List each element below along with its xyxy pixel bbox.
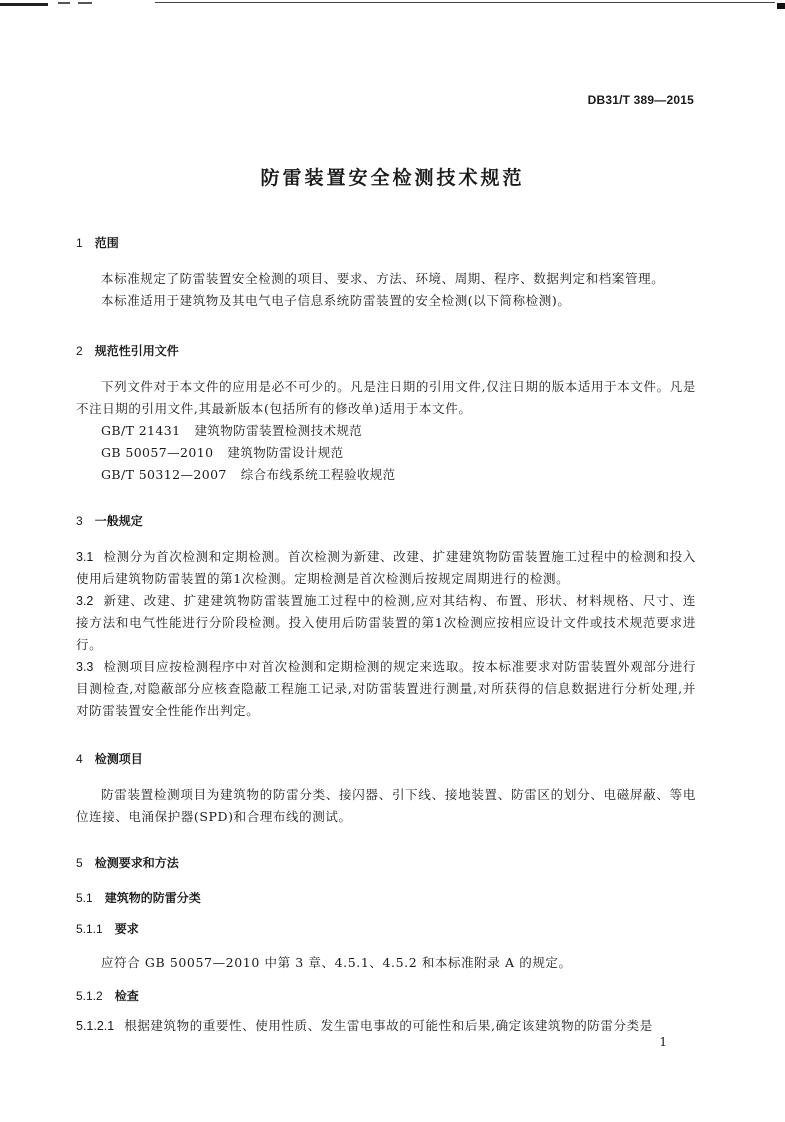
clause-number: 3.2 bbox=[76, 594, 93, 608]
subsection-number: 5.1.2 bbox=[76, 989, 103, 1003]
section-title: 范围 bbox=[95, 236, 119, 250]
section-2: 2规范性引用文件 bbox=[76, 340, 696, 362]
section-title: 一般规定 bbox=[95, 514, 143, 528]
clause-3-2: 3.2新建、改建、扩建建筑物防雷装置施工过程中的检测,应对其结构、布置、形状、材… bbox=[76, 590, 696, 656]
scan-corner-mark bbox=[777, 3, 785, 9]
paragraph: 本标准规定了防雷装置安全检测的项目、要求、方法、环境、周期、程序、数据判定和档案… bbox=[76, 268, 696, 290]
subsection-title: 检查 bbox=[115, 989, 139, 1003]
clause-5-1-2-1: 5.1.2.1根据建筑物的重要性、使用性质、发生雷电事故的可能性和后果,确定该建… bbox=[76, 1015, 696, 1037]
standard-number: DB31/T 389—2015 bbox=[588, 93, 694, 107]
subsection-heading: 5.1建筑物的防雷分类 bbox=[76, 887, 696, 909]
reference-code: GB 50057—2010 bbox=[101, 445, 213, 460]
scan-edge-artifact bbox=[0, 0, 785, 8]
section-4-body: 防雷装置检测项目为建筑物的防雷分类、接闪器、引下线、接地装置、防雷区的划分、电磁… bbox=[76, 784, 696, 828]
subsection-number: 5.1.1 bbox=[76, 922, 103, 936]
section-1: 1范围 bbox=[76, 232, 696, 254]
document-title: 防雷装置安全检测技术规范 bbox=[0, 163, 785, 190]
section-heading: 1范围 bbox=[76, 232, 696, 254]
clause-text: 新建、改建、扩建建筑物防雷装置施工过程中的检测,应对其结构、布置、形状、材料规格… bbox=[76, 593, 696, 652]
reference-item: GB/T 21431建筑物防雷装置检测技术规范 bbox=[76, 420, 696, 442]
subsection-heading: 5.1.2检查 bbox=[76, 985, 696, 1007]
section-1-body: 本标准规定了防雷装置安全检测的项目、要求、方法、环境、周期、程序、数据判定和档案… bbox=[76, 268, 696, 312]
section-number: 4 bbox=[76, 752, 83, 766]
clause-number: 5.1.2.1 bbox=[76, 1019, 114, 1033]
section-number: 1 bbox=[76, 236, 83, 250]
paragraph: 本标准适用于建筑物及其电气电子信息系统防雷装置的安全检测(以下简称检测)。 bbox=[76, 290, 696, 312]
clause-text: 根据建筑物的重要性、使用性质、发生雷电事故的可能性和后果,确定该建筑物的防雷分类… bbox=[124, 1018, 653, 1033]
subsection-5-1-1: 5.1.1要求 bbox=[76, 918, 696, 940]
section-title: 检测要求和方法 bbox=[95, 856, 179, 870]
section-number: 2 bbox=[76, 344, 83, 358]
reference-name: 综合布线系统工程验收规范 bbox=[241, 467, 396, 482]
section-number: 3 bbox=[76, 514, 83, 528]
paragraph: 应符合 GB 50057—2010 中第 3 章、4.5.1、4.5.2 和本标… bbox=[76, 952, 696, 974]
subsection-title: 建筑物的防雷分类 bbox=[105, 891, 201, 905]
subsection-heading: 5.1.1要求 bbox=[76, 918, 696, 940]
section-number: 5 bbox=[76, 856, 83, 870]
scan-edge-mark bbox=[58, 2, 70, 4]
section-heading: 2规范性引用文件 bbox=[76, 340, 696, 362]
subsection-5-1-1-body: 应符合 GB 50057—2010 中第 3 章、4.5.1、4.5.2 和本标… bbox=[76, 952, 696, 974]
reference-name: 建筑物防雷装置检测技术规范 bbox=[194, 423, 362, 438]
clause-3-1: 3.1检测分为首次检测和定期检测。首次检测为新建、改建、扩建建筑物防雷装置施工过… bbox=[76, 546, 696, 590]
clause-3-3: 3.3检测项目应按检测程序中对首次检测和定期检测的规定来选取。按本标准要求对防雷… bbox=[76, 656, 696, 722]
reference-code: GB/T 50312—2007 bbox=[101, 467, 227, 482]
clause-text: 检测分为首次检测和定期检测。首次检测为新建、改建、扩建建筑物防雷装置施工过程中的… bbox=[76, 549, 696, 586]
subsection-number: 5.1 bbox=[76, 891, 93, 905]
section-3: 3一般规定 bbox=[76, 510, 696, 532]
paragraph: 防雷装置检测项目为建筑物的防雷分类、接闪器、引下线、接地装置、防雷区的划分、电磁… bbox=[76, 784, 696, 828]
section-2-body: 下列文件对于本文件的应用是必不可少的。凡是注日期的引用文件,仅注日期的版本适用于… bbox=[76, 376, 696, 486]
scan-edge-mark bbox=[0, 3, 48, 6]
clause-number: 3.3 bbox=[76, 660, 93, 674]
clause-number: 3.1 bbox=[76, 550, 93, 564]
reference-item: GB 50057—2010建筑物防雷设计规范 bbox=[76, 442, 696, 464]
scan-edge-mark bbox=[78, 2, 92, 4]
subsection-title: 要求 bbox=[115, 922, 139, 936]
section-heading: 4检测项目 bbox=[76, 748, 696, 770]
section-heading: 3一般规定 bbox=[76, 510, 696, 532]
page-number: 1 bbox=[659, 1035, 667, 1049]
reference-item: GB/T 50312—2007综合布线系统工程验收规范 bbox=[76, 464, 696, 486]
subsection-5-1: 5.1建筑物的防雷分类 bbox=[76, 887, 696, 909]
section-title: 检测项目 bbox=[95, 752, 143, 766]
scan-edge-line bbox=[155, 2, 775, 3]
clause: 5.1.2.1根据建筑物的重要性、使用性质、发生雷电事故的可能性和后果,确定该建… bbox=[76, 1015, 696, 1037]
section-title: 规范性引用文件 bbox=[95, 344, 179, 358]
section-heading: 5检测要求和方法 bbox=[76, 852, 696, 874]
subsection-5-1-2: 5.1.2检查 bbox=[76, 985, 696, 1007]
reference-name: 建筑物防雷设计规范 bbox=[227, 445, 343, 460]
clause-text: 检测项目应按检测程序中对首次检测和定期检测的规定来选取。按本标准要求对防雷装置外… bbox=[76, 659, 696, 718]
section-3-body: 3.1检测分为首次检测和定期检测。首次检测为新建、改建、扩建建筑物防雷装置施工过… bbox=[76, 546, 696, 722]
section-5: 5检测要求和方法 bbox=[76, 852, 696, 874]
paragraph: 下列文件对于本文件的应用是必不可少的。凡是注日期的引用文件,仅注日期的版本适用于… bbox=[76, 376, 696, 420]
section-4: 4检测项目 bbox=[76, 748, 696, 770]
reference-code: GB/T 21431 bbox=[101, 423, 180, 438]
